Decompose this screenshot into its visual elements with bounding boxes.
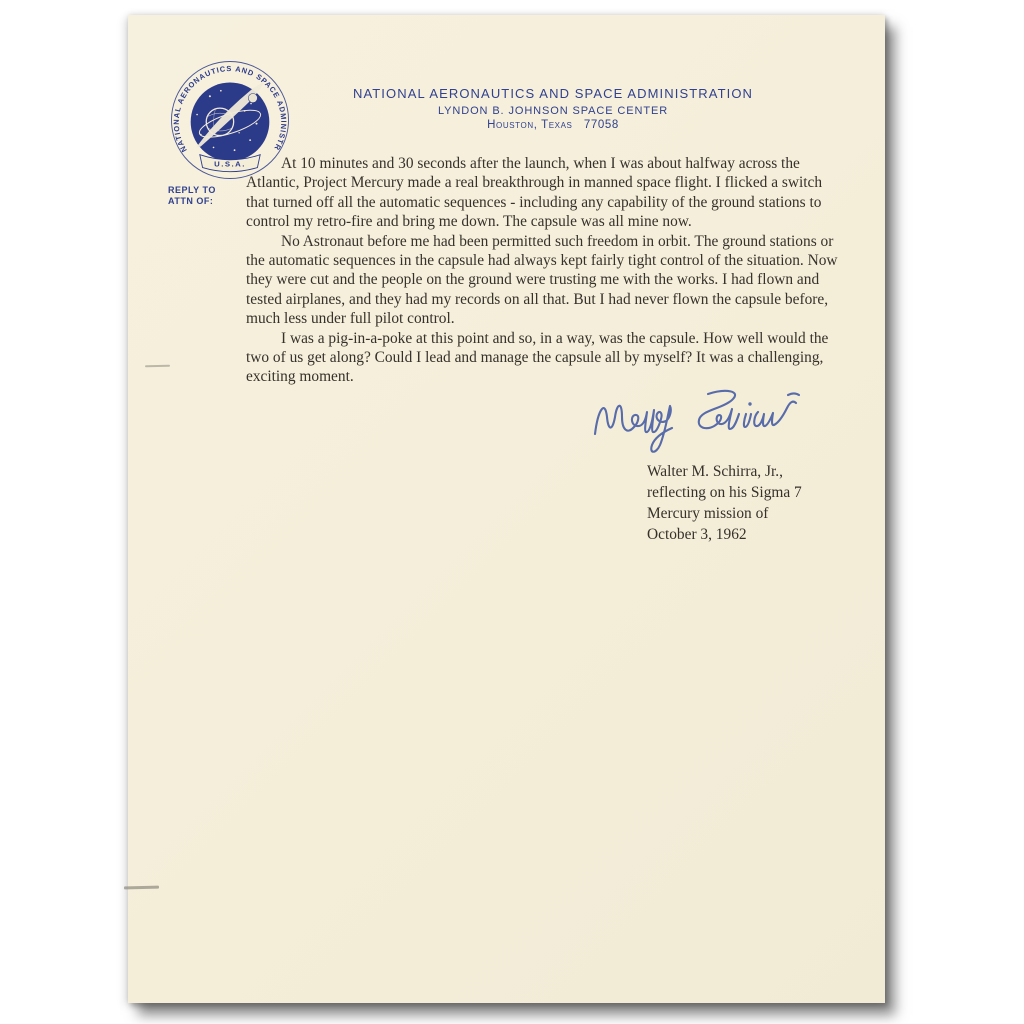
paragraph-1: At 10 minutes and 30 seconds after the l… <box>246 154 843 232</box>
pencil-mark-lower <box>124 886 159 889</box>
reply-to-line2: ATTN OF: <box>168 196 216 207</box>
svg-text:U.S.A.: U.S.A. <box>214 160 246 169</box>
attribution-line3: Mercury mission of <box>647 503 802 524</box>
reply-to-label: REPLY TO ATTN OF: <box>168 185 216 207</box>
agency-name: NATIONAL AERONAUTICS AND SPACE ADMINISTR… <box>273 86 833 101</box>
attribution-line4: October 3, 1962 <box>647 524 802 545</box>
paragraph-3: I was a pig-in-a-poke at this point and … <box>246 329 843 387</box>
signature-wally-schirra <box>588 386 840 458</box>
attribution-line2: reflecting on his Sigma 7 <box>647 482 802 503</box>
reply-to-line1: REPLY TO <box>168 185 216 196</box>
center-location: Houston, Texas 77058 <box>273 119 833 131</box>
attribution-name: Walter M. Schirra, Jr., <box>647 461 802 482</box>
pencil-mark-upper <box>145 365 170 367</box>
letter-page: NATIONAL AERONAUTICS AND SPACE ADMINISTR… <box>128 15 885 1003</box>
paragraph-2: No Astronaut before me had been permitte… <box>246 232 843 329</box>
letter-body: At 10 minutes and 30 seconds after the l… <box>246 154 843 387</box>
letterhead: NATIONAL AERONAUTICS AND SPACE ADMINISTR… <box>273 86 833 131</box>
center-name: LYNDON B. JOHNSON SPACE CENTER <box>273 105 833 117</box>
attribution-block: Walter M. Schirra, Jr., reflecting on hi… <box>647 461 802 545</box>
seal-moon <box>248 93 257 102</box>
